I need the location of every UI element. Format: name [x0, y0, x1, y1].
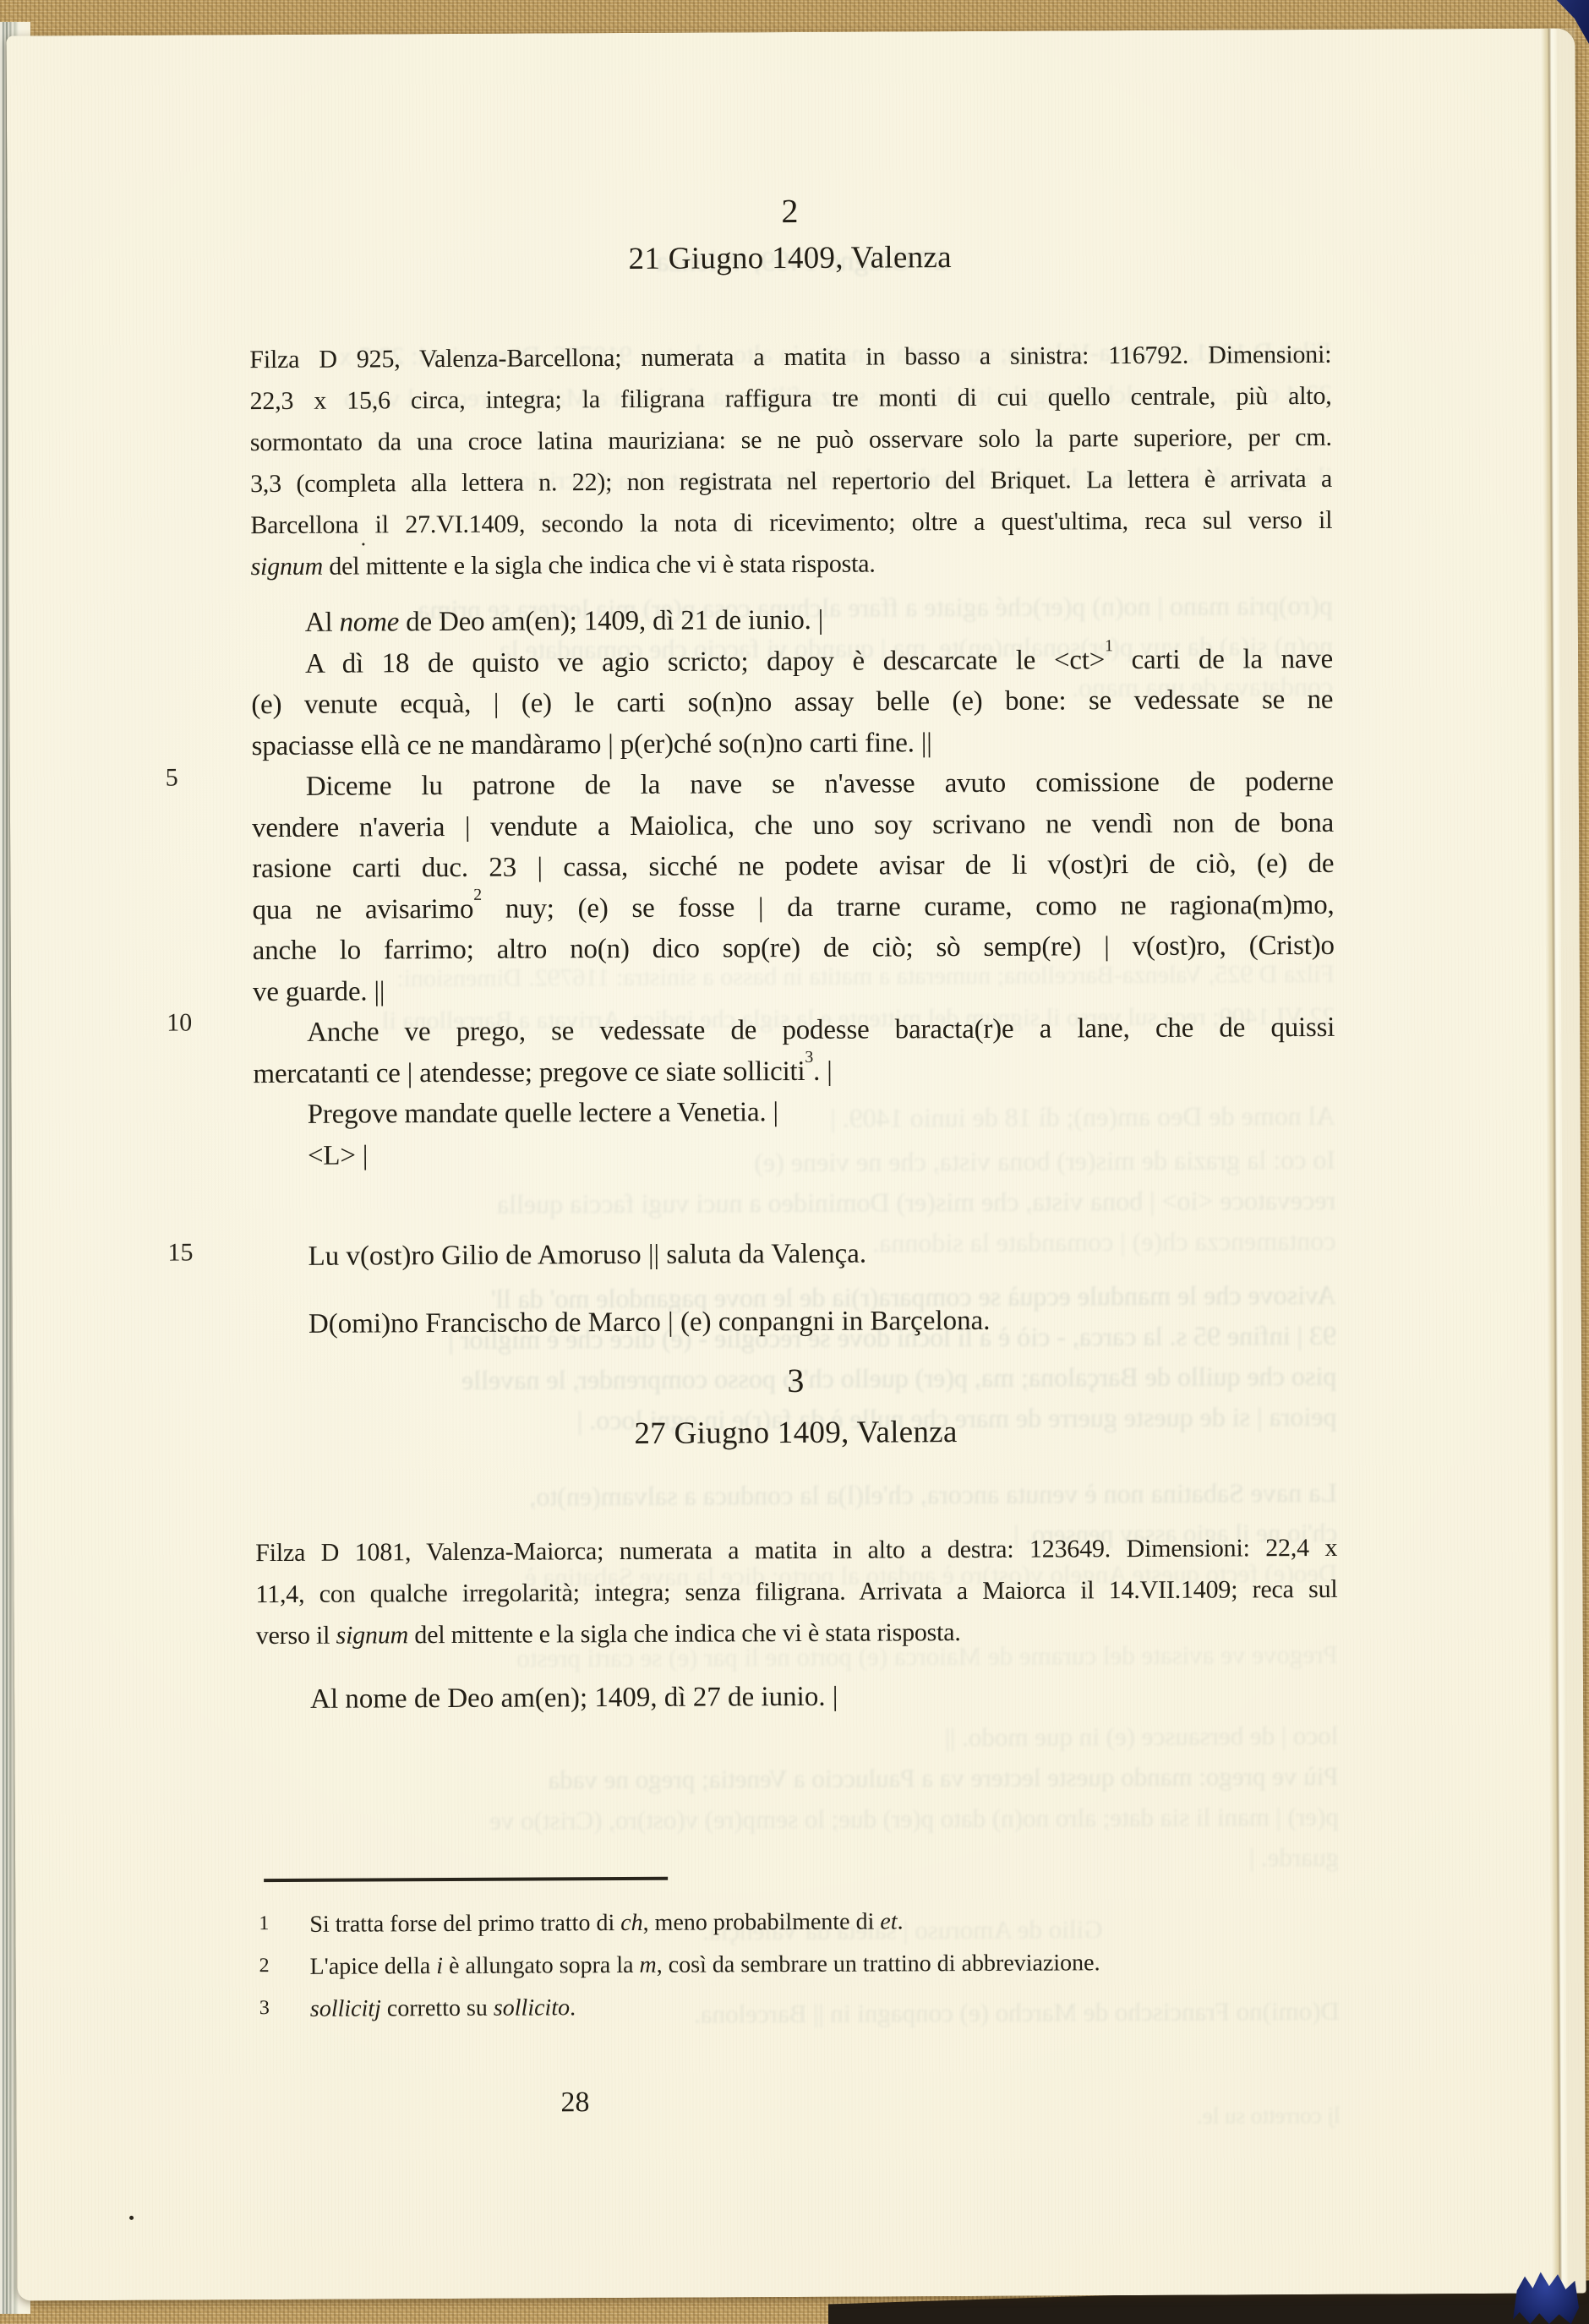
footnote-text: Si tratta forse del primo tratto di ch, … — [309, 1908, 903, 1937]
ghost-showthrough-line: lj corretto su le. — [1030, 2102, 1340, 2130]
ghost-showthrough-line: loco | de bersausce (e) in que modo. || — [256, 1720, 1338, 1756]
ghost-showthrough-line: recevatoce <io> | bona vista, che mis(er… — [254, 1184, 1335, 1222]
text-line: Pregove mandate quelle lectere a Venetia… — [254, 1089, 1335, 1136]
text-line: mercatanti ce | atendesse; pregove ce si… — [253, 1048, 1335, 1094]
text-line: <L> | — [254, 1130, 1335, 1176]
line-number-15: 15 — [167, 1238, 193, 1267]
text-line: qua ne avisarimo2 nuy; (e) se fosse | da… — [252, 884, 1334, 930]
text-line: (e) venute ecquà, | (e) le carti so(n)no… — [251, 679, 1333, 726]
text-line: anche lo farrimo; altro no(n) dico sop(r… — [253, 925, 1335, 972]
paper-speck — [129, 2216, 134, 2220]
text-line: sormontato da una croce latina maurizian… — [250, 417, 1332, 463]
book-scan-photo: 27 Giugno 1409, ValenzaFilza D 1081, Ven… — [0, 0, 1589, 2324]
letter-3-opening: Al nome de Deo am(en); 1409, dì 27 de iu… — [256, 1674, 1338, 1720]
text-line: rasione carti duc. 23 | cassa, sicché ne… — [252, 843, 1334, 890]
text-line: Al nome de Deo am(en); 1409, dì 21 de iu… — [251, 597, 1333, 644]
footnote-1: 1 Si tratta forse del primo tratto di ch… — [257, 1899, 1339, 1946]
text-line: ve guarde. || — [253, 966, 1335, 1012]
text-line: 22,3 x 15,6 circa, integra; la filigrana… — [249, 375, 1331, 422]
footnote-marker: 2 — [259, 1945, 270, 1987]
footnote-text: sollicitj corretto su sollicito. — [310, 1994, 576, 2022]
page: 27 Giugno 1409, ValenzaFilza D 1081, Ven… — [6, 28, 1586, 2300]
text-line: spaciasse ellà ce ne mandàramo | p(er)ch… — [251, 720, 1333, 766]
page-number: 28 — [560, 2087, 589, 2119]
text-line: Anche ve prego, se vedessate de podesse … — [253, 1007, 1335, 1054]
text-line: Lu v(ost)ro Gilio de Amoruso || saluta d… — [254, 1231, 1335, 1277]
letter-2-address: D(omi)no Francischo de Marco | (e) conpa… — [254, 1299, 1336, 1345]
ghost-showthrough-line: p(er) | mani li sia date; alro no(n) dat… — [257, 1801, 1339, 1837]
text-line: Al nome de Deo am(en); 1409, dì 27 de iu… — [256, 1674, 1338, 1720]
text-line: Barcellona il 27.VI.1409, secondo la not… — [250, 499, 1332, 546]
text-line: Filza D 1081, Valenza-Maiorca; numerata … — [255, 1527, 1337, 1574]
text-line: Diceme lu patrone de la nave se n'avesse… — [252, 761, 1334, 808]
text-line: A dì 18 de quisto ve agio scricto; dapoy… — [251, 638, 1333, 685]
ghost-showthrough-line: La nave Sabatina non è venuta ancora, ch… — [255, 1476, 1337, 1514]
text-line: signum del mittente e la sigla che indic… — [250, 541, 1332, 587]
ghost-showthrough-line: Più ve prego: mando queste lectere va a … — [256, 1760, 1338, 1797]
ghost-showthrough-line: guarde. | — [257, 1841, 1339, 1878]
line-number-5: 5 — [166, 764, 178, 793]
letter-number-heading-3: 3 — [254, 1358, 1336, 1403]
dateline-heading-3: 27 Giugno 1409, Valenza — [254, 1412, 1336, 1454]
letter-number-heading-2: 2 — [248, 188, 1330, 233]
paper-speck — [362, 543, 364, 545]
apparatus-paragraph-letter-2: Filza D 925, Valenza-Barcellona; numerat… — [249, 334, 1332, 587]
text-line: vendere n'averia | vendute a Maiolica, c… — [252, 802, 1334, 848]
footnote-marker: 3 — [259, 1987, 270, 2029]
letter-2-salutation: Lu v(ost)ro Gilio de Amoruso || saluta d… — [254, 1231, 1335, 1277]
line-number-10: 10 — [167, 1008, 192, 1037]
text-line: Filza D 925, Valenza-Barcellona; numerat… — [249, 334, 1331, 380]
footnote-2: 2 L'apice della i è allungato sopra la m… — [258, 1941, 1340, 1988]
letter-2-text: Al nome de Deo am(en); 1409, dì 21 de iu… — [251, 597, 1335, 1176]
text-line: D(omi)no Francischo de Marco | (e) conpa… — [254, 1299, 1336, 1345]
text-line: 11,4, con qualche irregolarità; integra;… — [255, 1568, 1337, 1615]
footnote-3: 3 sollicitj corretto su sollicito. — [258, 1983, 1340, 2031]
footnotes: 1 Si tratta forse del primo tratto di ch… — [257, 1899, 1340, 2031]
dateline-heading-2: 21 Giugno 1409, Valenza — [249, 237, 1331, 279]
footnote-marker: 1 — [259, 1902, 269, 1945]
text-line: 3,3 (completa alla lettera n. 22); non r… — [250, 458, 1332, 505]
apparatus-paragraph-letter-3: Filza D 1081, Valenza-Maiorca; numerata … — [255, 1527, 1338, 1656]
text-line: verso il signum del mittente e la sigla … — [256, 1610, 1338, 1656]
footnote-text: L'apice della i è allungato sopra la m, … — [310, 1950, 1100, 1980]
